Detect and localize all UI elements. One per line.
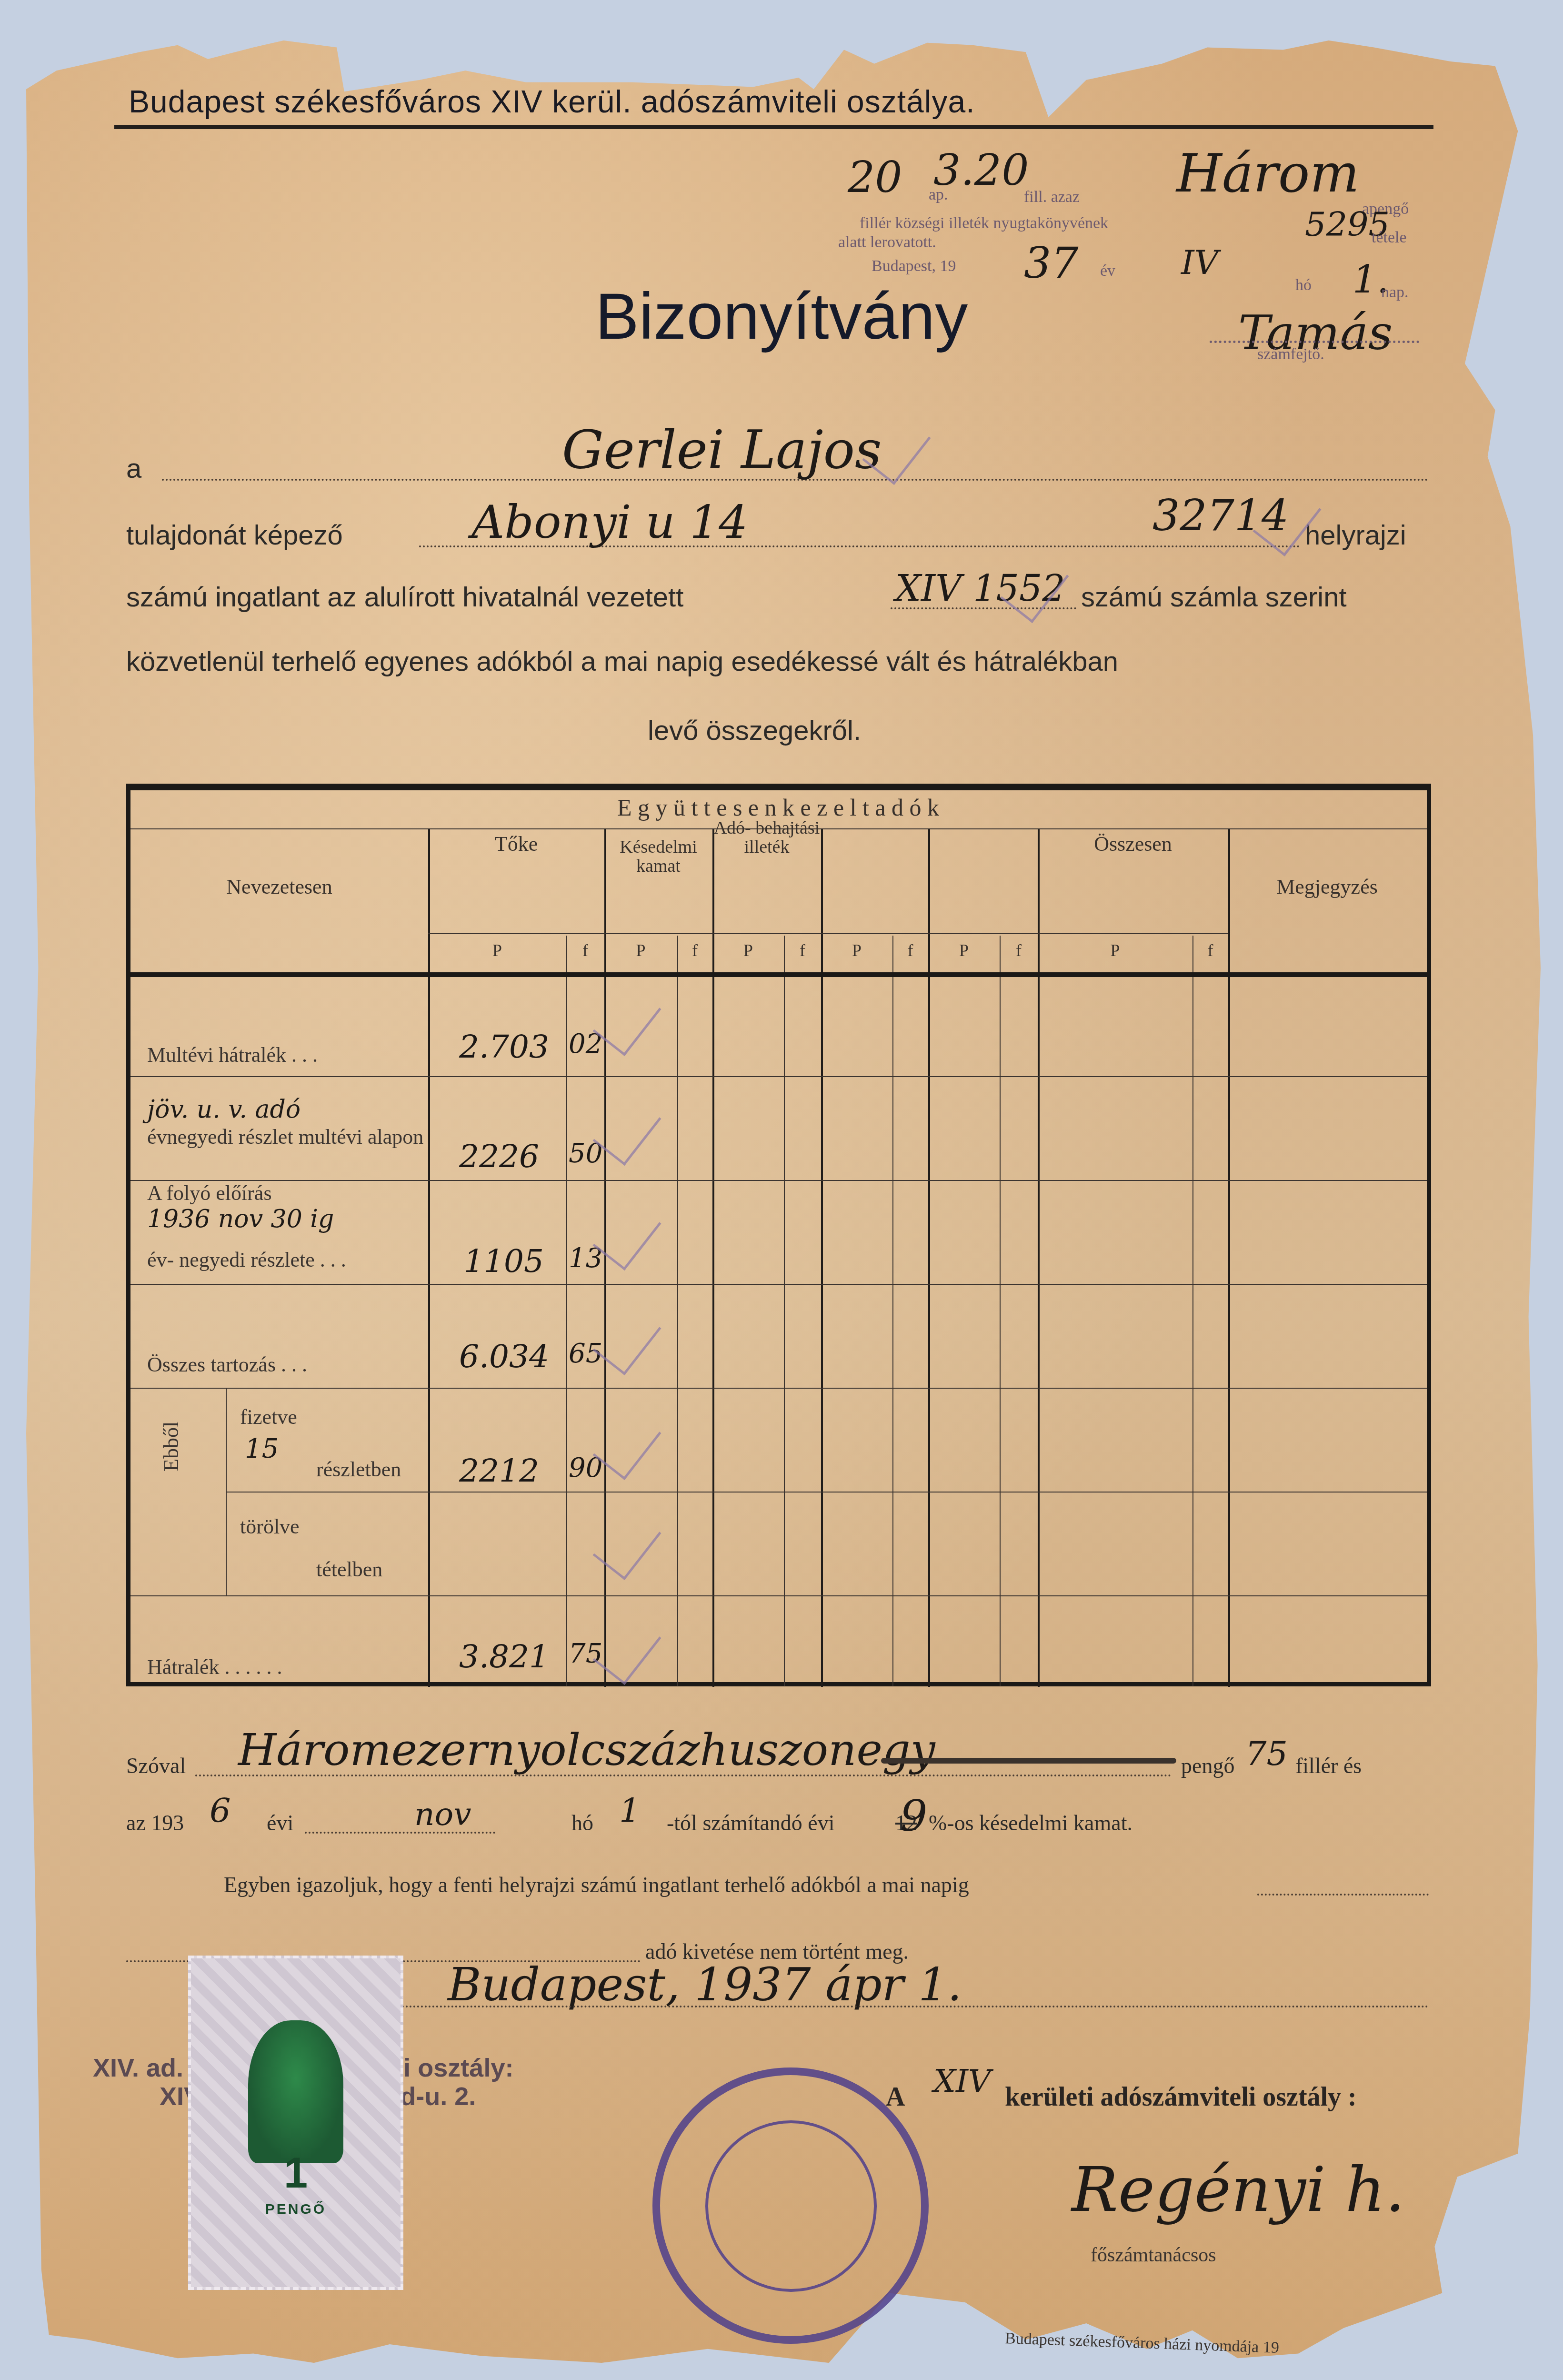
revenue-stamp: 1 PENGŐ [188,1956,403,2290]
col-kesedelmi: Késedelmi kamat [604,838,712,876]
words-dash [881,1758,1176,1764]
cell-folyo-p: 1105 [464,1243,544,1280]
row-label-reszletben: részletben [316,1457,401,1482]
chief-signature: Regényi h. [1072,2153,1405,2226]
words-label: Szóval [126,1753,186,1778]
interest-rate-handwritten: 9 [900,1791,927,1841]
col-toke: Tőke [428,833,604,855]
revenue-stamp-figure [248,2020,343,2163]
certify-line1: Egyben igazoljuk, hogy a fenti helyrajzi… [224,1872,969,1897]
row-label-osszes: Összes tartozás . . . [147,1352,307,1377]
row-label-folyo2: év- negyedi részlete . . . [147,1248,346,1272]
interest-year: 6 [210,1791,231,1830]
sig-block-pre: A [886,2082,905,2112]
lot-suffix: helyrajzi [1305,519,1406,551]
cell-fizetve-p: 2212 [459,1452,539,1489]
fee-month: IV [1181,243,1218,282]
col-nevezetesen: Nevezetesen [130,876,428,898]
cell-hatralek-p: 3.821 [459,1638,549,1675]
filler-amount: 75 [1245,1734,1288,1773]
interest-day: 1 [619,1791,641,1830]
header-text: Budapest székesfőváros XIV kerül. adószá… [129,83,975,120]
table-banner: E g y ü t t e s e n k e z e l t a d ó k [130,795,1426,820]
row-label-folyo-hand: 1936 nov 30 ig [147,1205,334,1233]
fee-line4-pre: Budapest, 19 [872,257,956,275]
row-label-hatralek: Hátralék . . . . . . [147,1655,282,1679]
row-label-fizetve: fizetve [240,1405,297,1429]
row-label-multevi: Multévi hátralék . . . [147,1043,318,1067]
seal-inner-ring [705,2120,877,2292]
body-line4: közvetlenül terhelő egyenes adókból a ma… [126,645,1118,677]
place-date: Budapest, 1937 ápr 1. [448,1958,962,2011]
header-rule [114,125,1433,129]
property-address: Abonyi u 14 [471,495,748,549]
fee-words: Három [1176,143,1360,204]
owner-name: Gerlei Lajos [562,419,882,480]
sig-block-label: kerületi adószámviteli osztály : [1005,2082,1357,2112]
body-line3-post: számú számla szerint [1081,581,1347,613]
sig-block-district: XIV [933,2063,991,2099]
col-osszesen: Összesen [1038,833,1228,855]
document-photo: { "header": { "printed": "Budapest széke… [0,0,1563,2380]
fee-line3: alatt lerovatott. [838,233,936,252]
signer-title: főszámtanácsos [1091,2244,1216,2267]
owner-line-label: tulajdonát képező [126,519,343,551]
body-a-label: a [126,453,141,484]
fee-line1-ap: ap. [929,186,948,204]
interest-tol: -tól számítandó évi [667,1810,835,1835]
body-line5: levő összegekről. [648,715,861,746]
fee-line4-ev: év [1100,262,1115,280]
revenue-stamp-value: 1 [191,2149,401,2198]
cell-multevi-p: 2.703 [459,1029,549,1065]
row-label-reszlet: évnegyedi részlet multévi alapon [147,1124,423,1150]
interest-pre: az 193 [126,1810,184,1835]
row-label-jov-hand: jöv. u. v. adó [147,1095,301,1124]
interest-post: %-os késedelmi kamat. [929,1810,1132,1835]
group-label-ebbol: Ebből [159,1422,183,1472]
revenue-stamp-currency: PENGŐ [191,2201,401,2218]
fizetve-count: 15 [245,1433,279,1464]
fee-line1-mid: fill. azaz [1024,188,1080,206]
row-label-tetelben: tételben [316,1557,382,1582]
cell-reszlet-p: 2226 [459,1138,539,1175]
tax-table: E g y ü t t e s e n k e z e l t a d ó k … [126,784,1431,1686]
amount-in-words: Háromezernyolcszázhuszonegy [238,1724,935,1775]
interest-evi: évi [267,1810,293,1835]
filler-label: fillér és [1295,1753,1362,1778]
col-ado: Adó- behajtási illeték [712,819,821,857]
interest-month: nov [414,1796,471,1833]
row-label-torolve: törölve [240,1514,300,1539]
row-label-folyo: A folyó előírás [147,1181,272,1205]
interest-ho: hó [571,1810,593,1835]
body-line3-pre: számú ingatlant az alulírott hivatalnál … [126,581,683,613]
pengo-label: pengő [1181,1753,1234,1778]
cell-osszes-p: 6.034 [459,1338,549,1375]
fee-line2: fillér községi illeték nyugtakönyvének [860,214,1108,232]
fee-amount: 20 [848,152,902,202]
col-megjegyzes: Megjegyzés [1228,876,1426,898]
page-title: Bizonyítvány [0,279,1563,354]
fee-line2-post: tétele [1372,229,1407,247]
